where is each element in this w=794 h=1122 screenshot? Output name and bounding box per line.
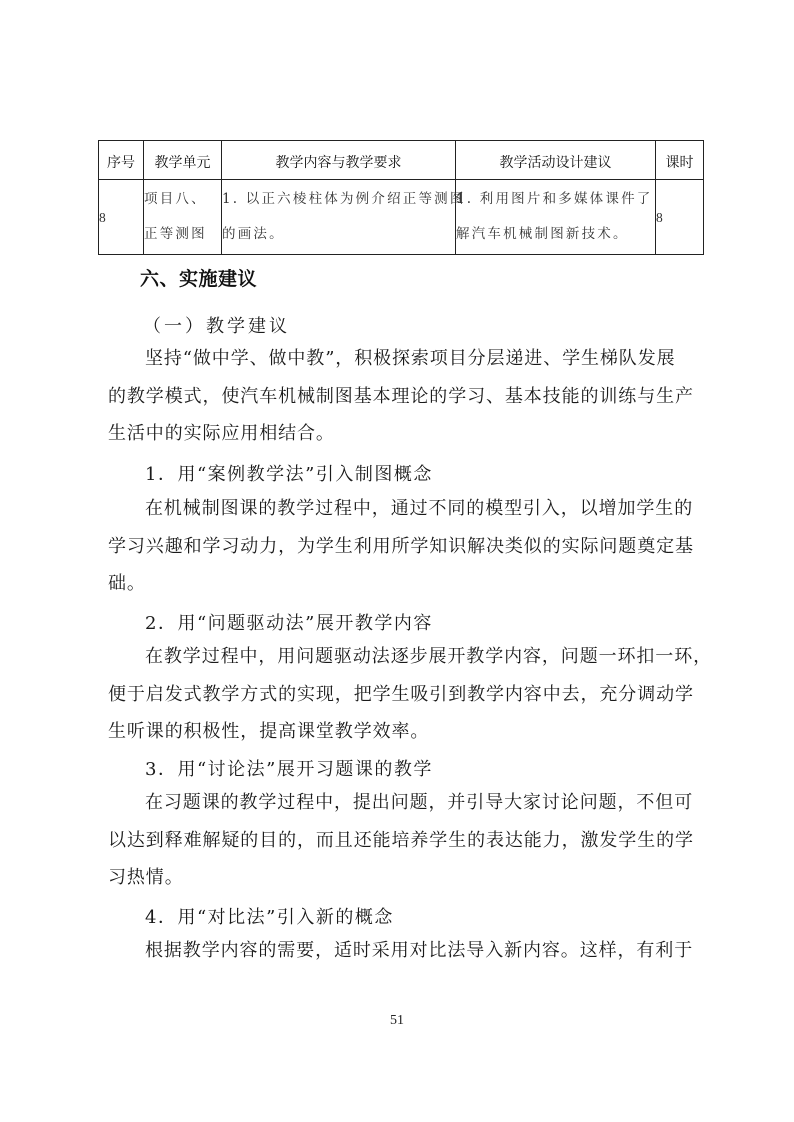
item-paragraph-case-teaching: 在机械制图课的教学过程中，通过不同的模型引入，以增加学生的 学习兴趣和学习动力，… (108, 490, 698, 603)
subsection-title: （一）教学建议 (143, 312, 290, 338)
paragraph-line: 生听课的积极性，提高课堂教学效率。 (108, 713, 698, 751)
section-title: 六、实施建议 (140, 264, 257, 291)
item-paragraph-discussion: 在习题课的教学过程中，提出问题，并引导大家讨论问题，不但可 以达到释难解疑的目的… (108, 784, 698, 897)
cell-hours: 8 (656, 180, 704, 255)
paragraph-line: 根据教学内容的需要，适时采用对比法导入新内容。这样，有利于 (108, 932, 698, 970)
paragraph-line: 在教学过程中，用问题驱动法逐步展开教学内容，问题一环扣一环， (108, 638, 698, 676)
item-paragraph-comparison: 根据教学内容的需要，适时采用对比法导入新内容。这样，有利于 (108, 932, 698, 970)
header-content: 教学内容与教学要求 (222, 141, 456, 180)
cell-unit: 项目八、 正等测图 (144, 180, 222, 255)
paragraph-line: 习热情。 (108, 859, 698, 897)
cell-activity-line: 解汽车机械制图新技术。 (456, 217, 655, 252)
cell-unit-line: 项目八、 (144, 182, 221, 217)
item-paragraph-problem-driven: 在教学过程中，用问题驱动法逐步展开教学内容，问题一环扣一环， 便于启发式教学方式… (108, 638, 698, 751)
page-number: 51 (0, 1013, 794, 1029)
cell-content-line: 的画法。 (222, 217, 455, 252)
cell-activity-line: 1. 利用图片和多媒体课件了 (456, 182, 655, 217)
table-row: 8 项目八、 正等测图 1. 以正六棱柱体为例介绍正等测图 的画法。 1. 利用… (99, 180, 704, 255)
item-heading-problem-driven: 2．用“问题驱动法”展开教学内容 (145, 609, 433, 635)
cell-activity: 1. 利用图片和多媒体课件了 解汽车机械制图新技术。 (456, 180, 656, 255)
course-table: 序号 教学单元 教学内容与教学要求 教学活动设计建议 课时 8 项目八、 正等测… (98, 140, 704, 255)
item-heading-comparison: 4．用“对比法”引入新的概念 (145, 903, 394, 929)
paragraph-line: 础。 (108, 565, 698, 603)
header-activity: 教学活动设计建议 (456, 141, 656, 180)
table-header-row: 序号 教学单元 教学内容与教学要求 教学活动设计建议 课时 (99, 141, 704, 180)
header-unit: 教学单元 (144, 141, 222, 180)
paragraph-line: 坚持“做中学、做中教”，积极探索项目分层递进、学生梯队发展 (108, 340, 698, 378)
cell-content-line: 1. 以正六棱柱体为例介绍正等测图 (222, 182, 455, 217)
paragraph-line: 在习题课的教学过程中，提出问题，并引导大家讨论问题，不但可 (108, 784, 698, 822)
cell-content: 1. 以正六棱柱体为例介绍正等测图 的画法。 (222, 180, 456, 255)
paragraph-line: 学习兴趣和学习动力，为学生利用所学知识解决类似的实际问题奠定基 (108, 528, 698, 566)
header-number: 序号 (99, 141, 144, 180)
item-heading-case-teaching: 1．用“案例教学法”引入制图概念 (145, 460, 433, 486)
paragraph-line: 便于启发式教学方式的实现，把学生吸引到教学内容中去，充分调动学 (108, 676, 698, 714)
item-heading-discussion: 3．用“讨论法”展开习题课的教学 (145, 755, 433, 781)
document-page: 序号 教学单元 教学内容与教学要求 教学活动设计建议 课时 8 项目八、 正等测… (0, 0, 794, 1122)
intro-paragraph: 坚持“做中学、做中教”，积极探索项目分层递进、学生梯队发展 的教学模式，使汽车机… (108, 340, 698, 453)
cell-number: 8 (99, 180, 144, 255)
paragraph-line: 的教学模式，使汽车机械制图基本理论的学习、基本技能的训练与生产 (108, 378, 698, 416)
header-hours: 课时 (656, 141, 704, 180)
cell-unit-line: 正等测图 (144, 217, 221, 252)
paragraph-line: 生活中的实际应用相结合。 (108, 415, 698, 453)
paragraph-line: 在机械制图课的教学过程中，通过不同的模型引入，以增加学生的 (108, 490, 698, 528)
paragraph-line: 以达到释难解疑的目的，而且还能培养学生的表达能力，激发学生的学 (108, 822, 698, 860)
